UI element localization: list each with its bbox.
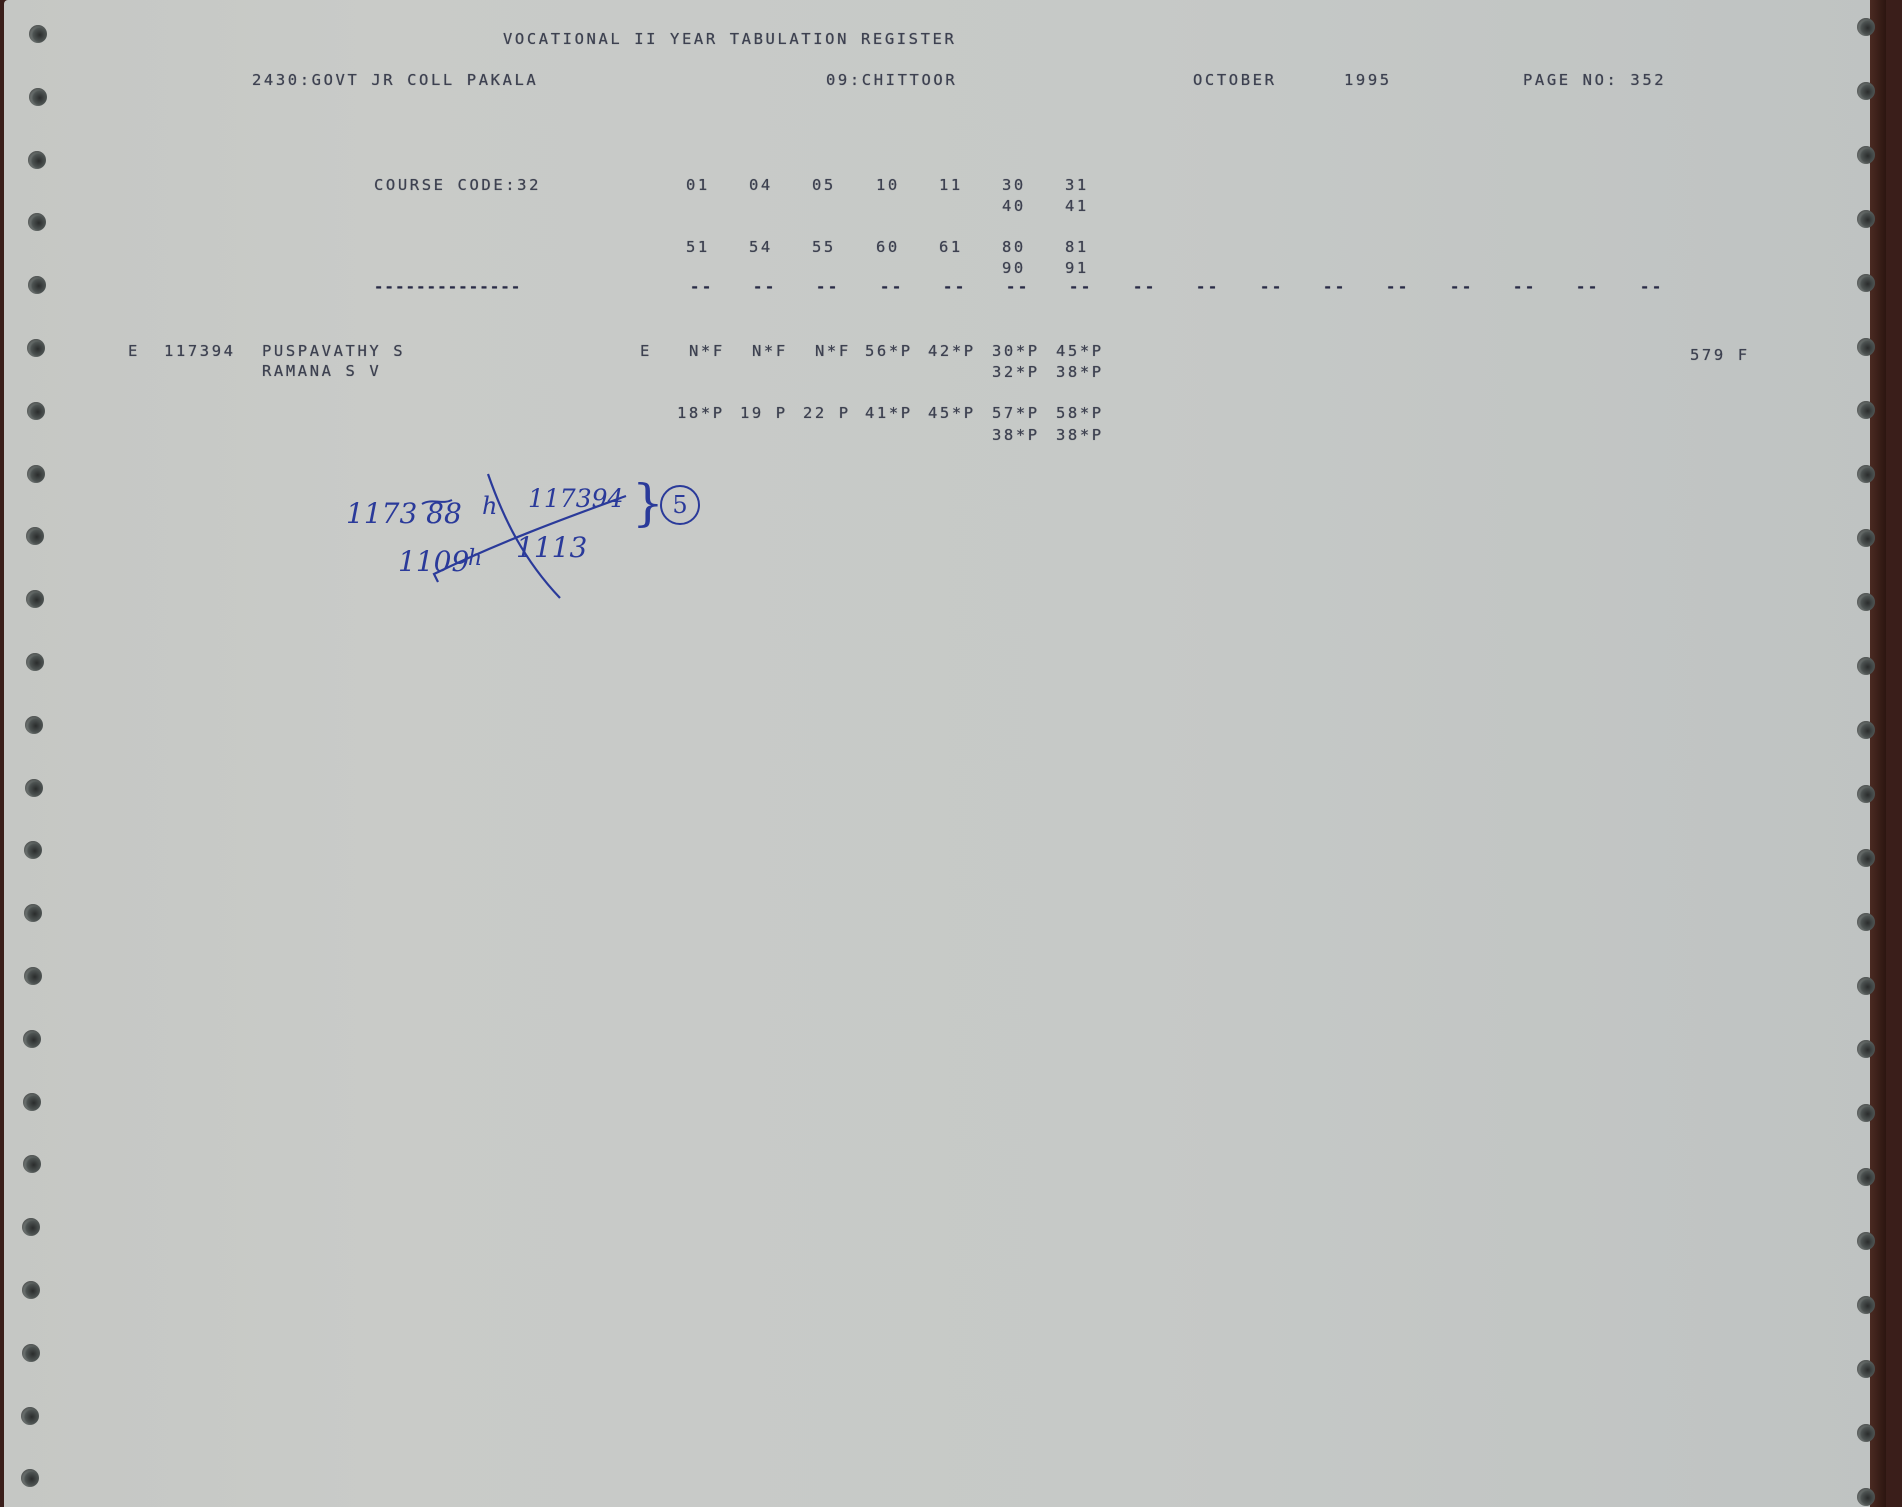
feed-hole-icon (22, 1344, 40, 1362)
feed-hole-icon (1857, 1360, 1875, 1378)
feed-hole-icon (24, 841, 42, 859)
feed-hole-icon (23, 1155, 41, 1173)
feed-hole-icon (25, 716, 43, 734)
feed-hole-icon (24, 967, 42, 985)
feed-hole-icon (23, 1030, 41, 1048)
feed-hole-icon (1857, 785, 1875, 803)
feed-hole-icon (1857, 1488, 1875, 1506)
feed-hole-icon (23, 1093, 41, 1111)
feed-hole-icon (1857, 977, 1875, 995)
feed-hole-icon (1857, 849, 1875, 867)
feed-hole-icon (1857, 1296, 1875, 1314)
feed-hole-icon (1857, 913, 1875, 931)
feed-hole-icon (1857, 1424, 1875, 1442)
printout-sheet: VOCATIONAL II YEAR TABULATION REGISTER 2… (4, 0, 1886, 1507)
feed-hole-icon (24, 904, 42, 922)
feed-hole-icon (25, 779, 43, 797)
feed-hole-icon (21, 1407, 39, 1425)
strike-through-marks (4, 0, 1902, 700)
feed-hole-icon (1857, 721, 1875, 739)
feed-hole-icon (1857, 1232, 1875, 1250)
feed-hole-icon (22, 1218, 40, 1236)
feed-hole-icon (22, 1281, 40, 1299)
feed-hole-icon (21, 1469, 39, 1487)
